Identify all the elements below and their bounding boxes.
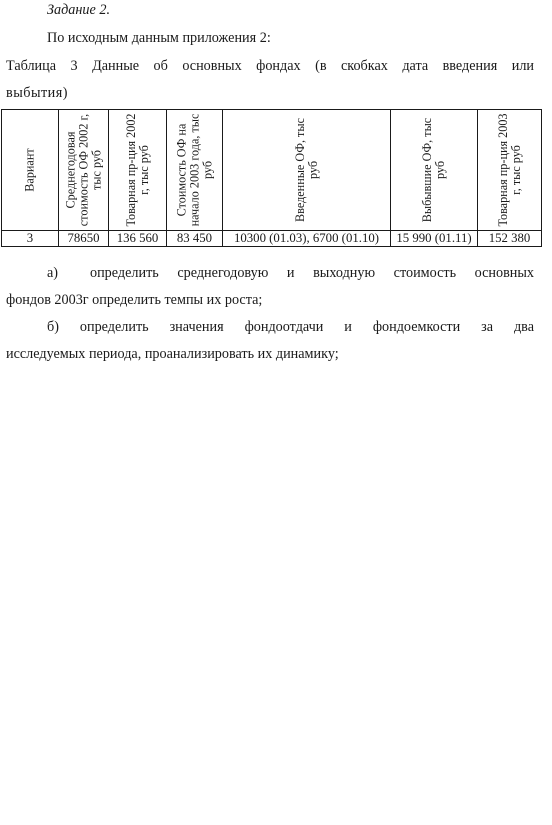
header-retired: Выбывшие ОФ, тыс руб — [391, 110, 478, 231]
header-output-2002: Товарная пр-ция 2002 г, тыс руб — [109, 110, 167, 231]
cell-output-2003: 152 380 — [478, 231, 542, 247]
task-title: Задание 2. — [47, 1, 110, 19]
item-a-marker: а) — [47, 264, 58, 282]
header-variant: Вариант — [2, 110, 59, 231]
table-caption-line1: Таблица 3 Данные об основных фондах (в с… — [6, 57, 534, 75]
cell-output-2002: 136 560 — [109, 231, 167, 247]
cell-introduced: 10300 (01.03), 6700 (01.10) — [223, 231, 391, 247]
task-intro: По исходным данным приложения 2: — [47, 29, 271, 47]
cell-retired: 15 990 (01.11) — [391, 231, 478, 247]
item-a-line1: определить среднегодовую и выходную стои… — [90, 264, 534, 282]
item-a-line2: фондов 2003г определить темпы их роста; — [6, 291, 262, 309]
header-avg-cost-2002: Среднегодовая стоимость ОФ 2002 г, тыс р… — [59, 110, 109, 231]
table-header-row: Вариант Среднегодовая стоимость ОФ 2002 … — [2, 110, 542, 231]
header-output-2003: Товарная пр-ция 2003 г, тыс руб — [478, 110, 542, 231]
cell-avg-cost-2002: 78650 — [59, 231, 109, 247]
item-b-line1: б) определить значения фондоотдачи и фон… — [47, 318, 534, 336]
header-cost-start-2003: Стоимость ОФ на начало 2003 года, тыс ру… — [167, 110, 223, 231]
cell-cost-start-2003: 83 450 — [167, 231, 223, 247]
table-row: 3 78650 136 560 83 450 10300 (01.03), 67… — [2, 231, 542, 247]
table-caption-line2: выбытия) — [6, 84, 68, 102]
cell-variant: 3 — [2, 231, 59, 247]
fixed-assets-table: Вариант Среднегодовая стоимость ОФ 2002 … — [1, 109, 542, 247]
item-b-line2: исследуемых периода, проанализировать их… — [6, 345, 339, 363]
header-introduced: Введенные ОФ, тыс руб — [223, 110, 391, 231]
